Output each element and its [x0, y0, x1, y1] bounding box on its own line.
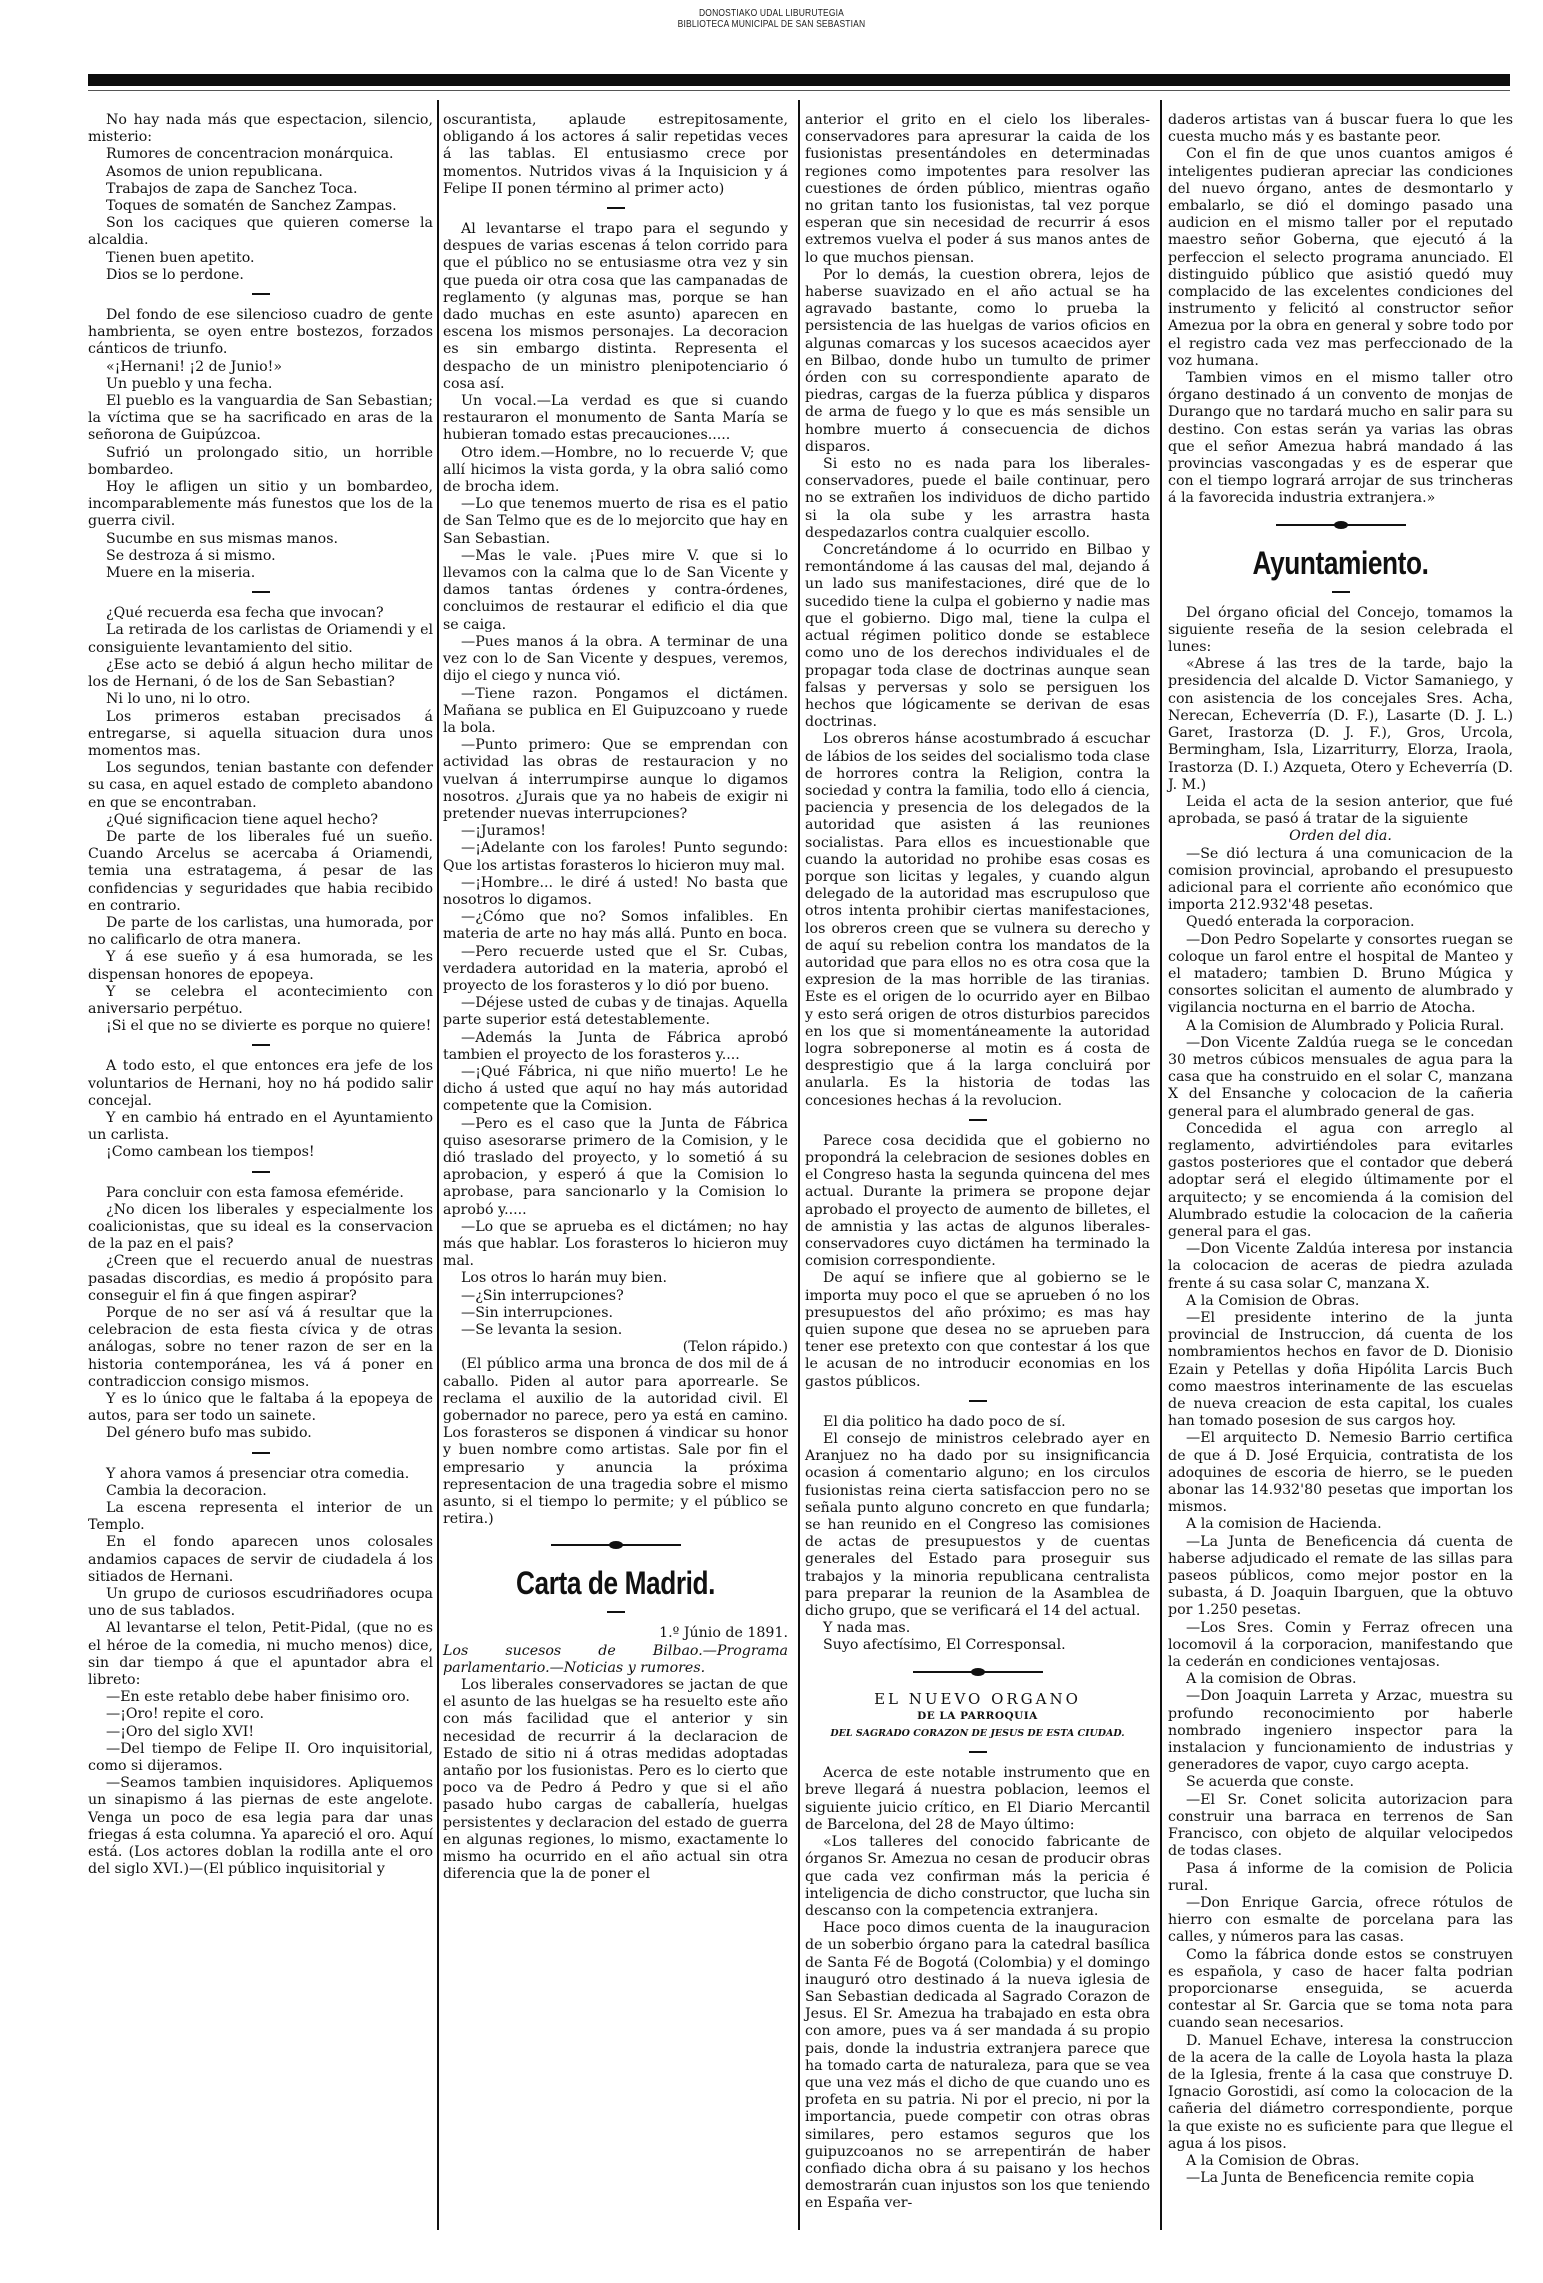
paragraph: Por lo demás, la cuestion obrera, lejos …: [805, 267, 1150, 456]
section-subtitle: DEL SAGRADO CORAZON DE JESUS DE ESTA CIU…: [805, 1725, 1150, 1742]
paragraph: —La Junta de Beneficencia remite copia: [1168, 2170, 1513, 2187]
paragraph: Del fondo de ese silencioso cuadro de ge…: [88, 307, 433, 359]
paragraph: —En este retablo debe haber finisimo oro…: [88, 1689, 433, 1706]
paragraph: ¿Qué significacion tiene aquel hecho?: [88, 812, 433, 829]
section-dash: [969, 1400, 987, 1402]
paragraph: El dia politico ha dado poco de sí.: [805, 1414, 1150, 1431]
paragraph: Porque de no ser así vá á resultar que l…: [88, 1305, 433, 1391]
paragraph: Y es lo único que le faltaba á la epopey…: [88, 1391, 433, 1425]
section-dash: [969, 1751, 987, 1753]
section-subtitle: DE LA PARROQUIA: [805, 1708, 1150, 1725]
paragraph: A la Comision de Obras.: [1168, 1293, 1513, 1310]
library-name-basque: DONOSTIAKO UDAL LIBURUTEGIA: [116, 8, 1428, 19]
signature: Suyo afectísimo, El Corresponsal.: [805, 1637, 1150, 1654]
header-rule: [88, 74, 1510, 86]
paragraph: Otro idem.—Hombre, no lo recuerde V; que…: [443, 445, 788, 497]
paragraph: Un pueblo y una fecha.: [88, 376, 433, 393]
dateline: 1.º Júnio de 1891.: [443, 1625, 788, 1642]
paragraph: —Pero recuerde usted que el Sr. Cubas, v…: [443, 944, 788, 996]
paragraph: Un grupo de curiosos escudriñadores ocup…: [88, 1586, 433, 1620]
paragraph: —Don Pedro Sopelarte y consortes ruegan …: [1168, 932, 1513, 1018]
paragraph: Los otros lo harán muy bien.: [443, 1270, 788, 1287]
agenda-heading: Orden del dia.: [1168, 828, 1513, 845]
paragraph: —Pues manos á la obra. A terminar de una…: [443, 634, 788, 686]
paragraph: A la comision de Hacienda.: [1168, 1516, 1513, 1533]
section-dash: [252, 1171, 270, 1173]
section-dash: [969, 1119, 987, 1121]
paragraph: Y á ese sueño y á esa humorada, se les d…: [88, 949, 433, 983]
paragraph: En el fondo aparecen unos colosales anda…: [88, 1534, 433, 1586]
section-ornament: [1276, 524, 1406, 526]
column-divider: [437, 100, 439, 2230]
section-title-carta-de-madrid: Carta de Madrid.: [474, 1564, 757, 1602]
paragraph: ¿Ese acto se debió á algun hecho militar…: [88, 657, 433, 691]
paragraph: —¡Oro del siglo XVI!: [88, 1724, 433, 1741]
paragraph: Sufrió un prolongado sitio, un horrible …: [88, 445, 433, 479]
paragraph: —¡Adelante con los faroles! Punto segund…: [443, 840, 788, 874]
paragraph: Ni lo uno, ni lo otro.: [88, 691, 433, 708]
section-dash: [607, 1611, 625, 1613]
paragraph: Parece cosa decidida que el gobierno no …: [805, 1133, 1150, 1271]
paragraph: Los liberales conservadores se jactan de…: [443, 1677, 788, 1883]
paragraph: —Don Enrique Garcia, ofrece rótulos de h…: [1168, 1895, 1513, 1947]
paragraph: —Se dió lectura á una comunicacion de la…: [1168, 846, 1513, 915]
paragraph: ¡Como cambean los tiempos!: [88, 1144, 433, 1161]
paragraph: Si esto no es nada para los liberales-co…: [805, 456, 1150, 542]
paragraph: —Los Sres. Comin y Ferraz ofrecen una lo…: [1168, 1620, 1513, 1672]
paragraph: Con el fin de que unos cuantos amigos é …: [1168, 146, 1513, 370]
paragraph: daderos artistas van á buscar fuera lo q…: [1168, 112, 1513, 146]
paragraph: Concedida el agua con arreglo al reglame…: [1168, 1121, 1513, 1241]
paragraph: Pasa á informe de la comision de Policia…: [1168, 1861, 1513, 1895]
paragraph: —Del tiempo de Felipe II. Oro inquisitor…: [88, 1741, 433, 1775]
paragraph: —Pero es el caso que la Junta de Fábrica…: [443, 1116, 788, 1219]
paragraph: Se acuerda que conste.: [1168, 1774, 1513, 1791]
paragraph: Hoy le afligen un sitio y un bombardeo, …: [88, 479, 433, 531]
paragraph: —Déjese usted de cubas y de tinajas. Aqu…: [443, 995, 788, 1029]
summary: Los sucesos de Bilbao.—Programa parlamen…: [443, 1643, 788, 1677]
paragraph: —Además la Junta de Fábrica aprobó tambi…: [443, 1030, 788, 1064]
paragraph: A todo esto, el que entonces era jefe de…: [88, 1058, 433, 1110]
paragraph: Acerca de este notable instrumento que e…: [805, 1765, 1150, 1834]
section-title-nuevo-organo: EL NUEVO ORGANO: [805, 1691, 1150, 1708]
paragraph: —Mas le vale. ¡Pues mire V. que si lo ll…: [443, 548, 788, 634]
paragraph: «¡Hernani! ¡2 de Junio!»: [88, 359, 433, 376]
section-ornament: [913, 1671, 1043, 1673]
paragraph: —¡Qué Fábrica, ni que niño muerto! Le he…: [443, 1064, 788, 1116]
paragraph: Los obreros hánse acostumbrado á escucha…: [805, 731, 1150, 1109]
paragraph: Al levantarse el trapo para el segundo y…: [443, 221, 788, 393]
paragraph: —El presidente interino de la junta prov…: [1168, 1310, 1513, 1430]
library-name-spanish: BIBLIOTECA MUNICIPAL DE SAN SEBASTIAN: [116, 19, 1428, 30]
section-dash: [252, 1044, 270, 1046]
section-dash: [252, 293, 270, 295]
stage-direction: (Telon rápido.): [443, 1339, 788, 1356]
paragraph: A la Comision de Alumbrado y Policia Rur…: [1168, 1018, 1513, 1035]
section-dash: [1332, 591, 1350, 593]
paragraph: —Sin interrupciones.: [443, 1305, 788, 1322]
paragraph: Y se celebra el acontecimiento con anive…: [88, 984, 433, 1018]
paragraph: Dios se lo perdone.: [88, 267, 433, 284]
paragraph: Un vocal.—La verdad es que si cuando res…: [443, 393, 788, 445]
paragraph: ¡Si el que no se divierte es porque no q…: [88, 1018, 433, 1035]
paragraph: —Don Joaquin Larreta y Arzac, muestra su…: [1168, 1688, 1513, 1774]
paragraph: —Don Vicente Zaldúa interesa por instanc…: [1168, 1241, 1513, 1293]
column-divider: [1160, 100, 1162, 2230]
paragraph: «Los talleres del conocido fabricante de…: [805, 1834, 1150, 1920]
paragraph: Del órgano oficial del Concejo, tomamos …: [1168, 605, 1513, 657]
paragraph: «Abrese á las tres de la tarde, bajo la …: [1168, 656, 1513, 794]
paragraph: La escena representa el interior de un T…: [88, 1500, 433, 1534]
paragraph: —Lo que tenemos muerto de risa es el pat…: [443, 496, 788, 548]
section-dash: [607, 207, 625, 209]
paragraph: oscurantista, aplaude estrepitosamente, …: [443, 112, 788, 198]
paragraph: Se destroza á si mismo.: [88, 548, 433, 565]
paragraph: Asomos de union republicana.: [88, 164, 433, 181]
paragraph: —Tiene razon. Pongamos el dictámen. Maña…: [443, 686, 788, 738]
paragraph: Quedó enterada la corporacion.: [1168, 914, 1513, 931]
paragraph: Cambia la decoracion.: [88, 1483, 433, 1500]
paragraph: Toques de somatén de Sanchez Zampas.: [88, 198, 433, 215]
header-thin-rule: [88, 90, 1510, 91]
paragraph: La retirada de los carlistas de Oriamend…: [88, 622, 433, 656]
paragraph: El pueblo es la vanguardia de San Sebast…: [88, 393, 433, 445]
paragraph: A la comision de Obras.: [1168, 1671, 1513, 1688]
paragraph: Son los caciques que quieren comerse la …: [88, 215, 433, 249]
paragraph: Del género bufo mas subido.: [88, 1425, 433, 1442]
column-2: oscurantista, aplaude estrepitosamente, …: [443, 112, 788, 1884]
paragraph: anterior el grito en el cielo los libera…: [805, 112, 1150, 267]
paragraph: —Punto primero: Que se emprendan con act…: [443, 737, 788, 823]
paragraph: —¡Juramos!: [443, 823, 788, 840]
paragraph: Al levantarse el telon, Petit-Pidal, (qu…: [88, 1620, 433, 1689]
section-dash: [252, 1452, 270, 1454]
paragraph: Trabajos de zapa de Sanchez Toca.: [88, 181, 433, 198]
paragraph: No hay nada más que espectacion, silenci…: [88, 112, 433, 146]
paragraph: A la Comision de Obras.: [1168, 2153, 1513, 2170]
column-3: anterior el grito en el cielo los libera…: [805, 112, 1150, 2213]
paragraph: Tambien vimos en el mismo taller otro ór…: [1168, 370, 1513, 508]
paragraph: Para concluir con esta famosa efeméride.: [88, 1185, 433, 1202]
paragraph: Hace poco dimos cuenta de la inauguracio…: [805, 1920, 1150, 2212]
paragraph: Los segundos, tenian bastante con defend…: [88, 760, 433, 812]
paragraph: —¿Cómo que no? Somos infalibles. En mate…: [443, 909, 788, 943]
paragraph: D. Manuel Echave, interesa la construcci…: [1168, 2033, 1513, 2153]
paragraph: —Se levanta la sesion.: [443, 1322, 788, 1339]
section-title-ayuntamiento: Ayuntamiento.: [1199, 544, 1482, 582]
paragraph: El consejo de ministros celebrado ayer e…: [805, 1431, 1150, 1620]
paragraph: Muere en la miseria.: [88, 565, 433, 582]
paragraph: Rumores de concentracion monárquica.: [88, 146, 433, 163]
paragraph: Y nada mas.: [805, 1620, 1150, 1637]
paragraph: —¡Oro! repite el coro.: [88, 1706, 433, 1723]
paragraph: Tienen buen apetito.: [88, 250, 433, 267]
paragraph: —Seamos tambien inquisidores. Apliquemos…: [88, 1775, 433, 1878]
column-4: daderos artistas van á buscar fuera lo q…: [1168, 112, 1513, 2187]
paragraph: Sucumbe en sus mismas manos.: [88, 531, 433, 548]
paragraph: De aquí se infiere que al gobierno se le…: [805, 1270, 1150, 1390]
paragraph: ¿No dicen los liberales y especialmente …: [88, 1202, 433, 1254]
paragraph: —Don Vicente Zaldúa ruega se le concedan…: [1168, 1035, 1513, 1121]
column-divider: [798, 100, 800, 2230]
paragraph: —El arquitecto D. Nemesio Barrio certifi…: [1168, 1430, 1513, 1516]
section-dash: [252, 591, 270, 593]
paragraph: —¡Hombre... le diré á usted! No basta qu…: [443, 875, 788, 909]
paragraph: Como la fábrica donde estos se construye…: [1168, 1947, 1513, 2033]
paragraph: (El público arma una bronca de dos mil d…: [443, 1356, 788, 1528]
paragraph: De parte de los carlistas, una humorada,…: [88, 915, 433, 949]
paragraph: ¿Creen que el recuerdo anual de nuestras…: [88, 1253, 433, 1305]
paragraph: —La Junta de Beneficencia dá cuenta de h…: [1168, 1534, 1513, 1620]
paragraph: —El Sr. Conet solicita autorizacion para…: [1168, 1792, 1513, 1861]
library-stamp: DONOSTIAKO UDAL LIBURUTEGIA BIBLIOTECA M…: [116, 8, 1428, 30]
paragraph: ¿Qué recuerda esa fecha que invocan?: [88, 605, 433, 622]
column-1: No hay nada más que espectacion, silenci…: [88, 112, 433, 1879]
paragraph: Los primeros estaban precisados á entreg…: [88, 709, 433, 761]
paragraph: Y ahora vamos á presenciar otra comedia.: [88, 1466, 433, 1483]
paragraph: Concretándome á lo ocurrido en Bilbao y …: [805, 542, 1150, 731]
paragraph: —Lo que se aprueba es el dictámen; no ha…: [443, 1219, 788, 1271]
paragraph: De parte de los liberales fué un sueño. …: [88, 829, 433, 915]
section-ornament: [551, 1544, 681, 1546]
paragraph: Leida el acta de la sesion anterior, que…: [1168, 794, 1513, 828]
paragraph: Y en cambio há entrado en el Ayuntamient…: [88, 1110, 433, 1144]
paragraph: —¿Sin interrupciones?: [443, 1288, 788, 1305]
